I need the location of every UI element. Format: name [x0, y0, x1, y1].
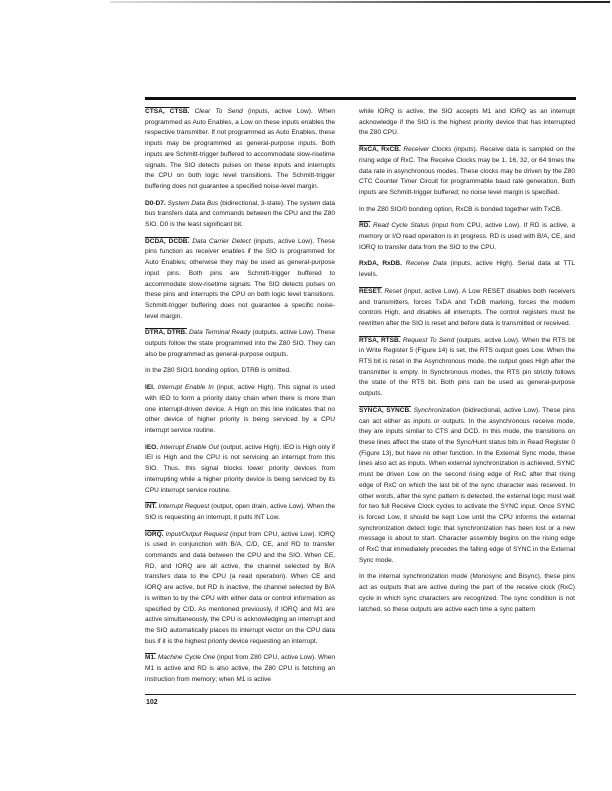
function-name: Interrupt Enable Out [160, 444, 219, 451]
function-name: Interrupt Enable In [158, 384, 214, 391]
pin-desc-rxda-rxdb: RxDA, RxDB. Receive Data (inputs, active… [359, 259, 575, 280]
function-name: Interrupt Request [159, 503, 210, 510]
function-name: Synchronization [414, 407, 461, 414]
signal-name: RTSA, RTSB. [359, 337, 401, 344]
signal-name: M1. [145, 654, 156, 661]
description: (input from CPU, active Low). IORQ is us… [145, 531, 335, 645]
pin-desc-ieo: IEO. Interrupt Enable Out (output, activ… [145, 443, 335, 497]
pin-desc-m1: M1. Machine Cycle One (input from Z80 CP… [145, 653, 335, 685]
pin-desc-dcda-dcdb: DCDA, DCDB. Data Carrier Detect (inputs,… [145, 237, 335, 323]
description: In the internal synchronization mode (Mo… [359, 573, 575, 612]
function-name: Machine Cycle One [158, 654, 215, 661]
signal-name: INT. [145, 503, 157, 510]
signal-name: CTSA, CTSB. [145, 108, 189, 115]
right-column: while IORQ is active, the SIO accepts M1… [359, 107, 575, 621]
pin-desc-dtra-dtrb: DTRA, DTRB. Data Terminal Ready (outputs… [145, 328, 335, 360]
function-name: Clear To Send [195, 108, 243, 115]
signal-name: RxCA, RxCB. [359, 146, 401, 153]
description: (bidirectional, active Low). These pins … [359, 407, 575, 564]
pin-desc-rtsa-rtsb: RTSA, RTSB. Request To Send (outputs, ac… [359, 336, 575, 400]
pin-desc-iorq: IORQ. Input/Output Request (input from C… [145, 530, 335, 648]
function-name: System Data Bus [168, 200, 219, 207]
description: (output, active High). IEO is High only … [145, 444, 335, 494]
function-name: Receive Data [406, 260, 447, 267]
signal-name: RxDA, RxDB. [359, 260, 402, 267]
function-name: Input/Output Request [166, 531, 228, 538]
description: while IORQ is active, the SIO accepts M1… [359, 108, 575, 136]
function-name: Read Cycle Status [373, 222, 429, 229]
description: In the Z80 SIO/0 bonding option, RxCB is… [359, 206, 562, 213]
signal-name: RESET. [359, 288, 382, 295]
function-name: Receiver Clocks [403, 146, 451, 153]
pin-desc-int: INT. Interrupt Request (output, open dra… [145, 502, 335, 523]
signal-name: RD. [359, 222, 370, 229]
scan-edge-artifact [110, 1, 610, 3]
pin-desc-iei: IEI. Interrupt Enable In (input, active … [145, 383, 335, 437]
note-sio1-bonding: In the Z80 SIO/1 bonding option, DTRB is… [145, 366, 335, 377]
bottom-rule [145, 694, 576, 695]
pin-desc-synca-syncb: SYNCA, SYNCB. Synchronization (bidirecti… [359, 406, 575, 567]
pin-desc-rd: RD. Read Cycle Status (input from CPU, a… [359, 221, 575, 253]
pin-desc-reset: RESET. Reset (input, active Low). A Low … [359, 287, 575, 330]
description: (inputs). Receive data is sampled on the… [359, 146, 575, 196]
description: In the Z80 SIO/1 bonding option, DTRB is… [145, 367, 291, 374]
description: (inputs, active Low). When programmed as… [145, 108, 335, 190]
pin-desc-rxca-rxcb: RxCA, RxCB. Receiver Clocks (inputs). Re… [359, 145, 575, 199]
continuation-m1: while IORQ is active, the SIO accepts M1… [359, 107, 575, 139]
description: (outputs, active Low). When the RTS bit … [359, 337, 575, 398]
signal-name: IEO. [145, 444, 158, 451]
description: (input, active High). This signal is use… [145, 384, 335, 434]
signal-name: D0-D7. [145, 200, 166, 207]
function-name: Reset [384, 288, 401, 295]
function-name: Data Terminal Ready [189, 329, 251, 336]
pin-desc-d0-d7: D0-D7. System Data Bus (bidirectional, 3… [145, 199, 335, 231]
signal-name: DCDA, DCDB. [145, 238, 189, 245]
top-rule [145, 97, 576, 100]
description: (inputs, active Low). These pins functio… [145, 238, 335, 320]
function-name: Data Carrier Detect [192, 238, 251, 245]
signal-name: IEI. [145, 384, 155, 391]
signal-name: SYNCA, SYNCB. [359, 407, 411, 414]
internal-sync-mode-note: In the internal synchronization mode (Mo… [359, 572, 575, 615]
pin-desc-ctsa-ctsb: CTSA, CTSB. Clear To Send (inputs, activ… [145, 107, 335, 193]
left-column: CTSA, CTSB. Clear To Send (inputs, activ… [145, 107, 335, 691]
function-name: Request To Send [403, 337, 454, 344]
note-sio0-bonding: In the Z80 SIO/0 bonding option, RxCB is… [359, 205, 575, 216]
signal-name: IORQ. [145, 531, 164, 538]
signal-name: DTRA, DTRB. [145, 329, 187, 336]
page-number: 102 [146, 699, 158, 706]
